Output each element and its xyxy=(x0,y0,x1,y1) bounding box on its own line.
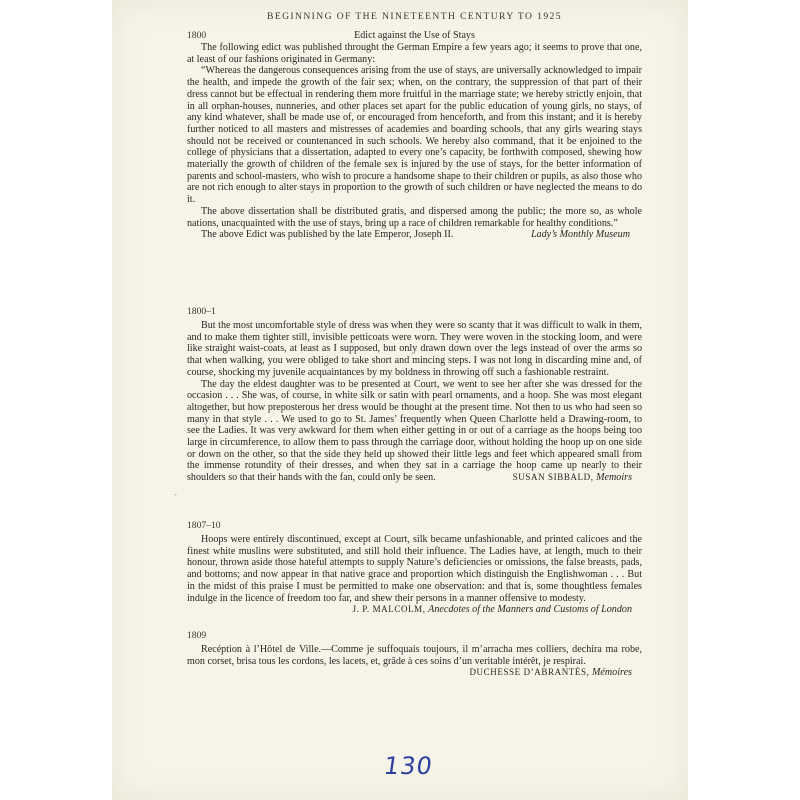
paragraph: The day the eldest daughter was to be pr… xyxy=(187,379,642,484)
margin-mark: - xyxy=(174,490,177,499)
paragraph: Hoops were entirely discontinued, except… xyxy=(187,534,642,604)
source-title: Mémoires xyxy=(592,667,632,678)
entry-1809: 1809 Recéption à l’Hôtel de Ville.—Comme… xyxy=(187,630,642,679)
source-title: Memoirs xyxy=(596,472,632,483)
entry-1800-1: 1800–1 But the most uncomfortable style … xyxy=(187,306,642,484)
closing-attribution: The above Edict was published by the lat… xyxy=(187,229,642,241)
entry-1807-10: 1807–10 Hoops were entirely discontinued… xyxy=(187,520,642,616)
attribution: DUCHESSE D’ABRANTÈS, Mémoires xyxy=(187,667,642,679)
source-title: Lady’s Monthly Museum xyxy=(531,229,642,241)
entry-year: 1807–10 xyxy=(187,520,642,534)
entry-1800: 1800 Edict against the Use of Stays The … xyxy=(187,30,642,241)
paragraph: Recéption à l’Hôtel de Ville.—Comme je s… xyxy=(187,644,642,667)
entry-title: Edict against the Use of Stays xyxy=(187,30,642,42)
source-title: Anecdotes of the Manners and Customs of … xyxy=(428,604,632,615)
paragraph: The above dissertation shall be distribu… xyxy=(187,206,642,229)
running-head: BEGINNING OF THE NINETEENTH CENTURY TO 1… xyxy=(187,11,642,23)
author: J. P. MALCOLM, xyxy=(352,604,425,614)
paragraph: But the most uncomfortable style of dres… xyxy=(187,320,642,379)
entry-year: 1800–1 xyxy=(187,306,642,320)
author: DUCHESSE D’ABRANTÈS, xyxy=(469,667,589,677)
book-page: BEGINNING OF THE NINETEENTH CENTURY TO 1… xyxy=(112,0,688,800)
paragraph: The following edict was published throug… xyxy=(187,42,642,65)
handwritten-page-number: 130 xyxy=(382,752,435,780)
closing-line: The above Edict was published by the lat… xyxy=(187,229,453,241)
author: SUSAN SIBBALD, xyxy=(513,472,594,482)
paragraph: “Whereas the dangerous consequences aris… xyxy=(187,65,642,205)
attribution: J. P. MALCOLM, Anecdotes of the Manners … xyxy=(187,604,642,616)
entry-year: 1809 xyxy=(187,630,642,644)
entry-heading: 1800 Edict against the Use of Stays xyxy=(187,30,642,42)
